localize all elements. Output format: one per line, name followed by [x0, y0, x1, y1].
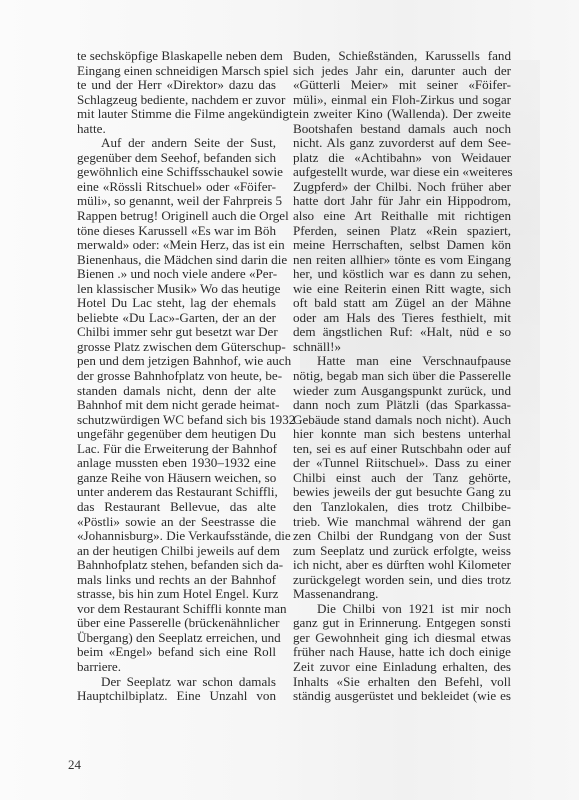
text-line: nicht. Als ganz zuvorderst auf dem See-: [293, 136, 511, 151]
text-line: Zugpferd» der Chilbi. Noch früher aber: [293, 180, 511, 195]
text-line: wie eine Reiterin einen Ritt wagte, sich: [293, 282, 511, 297]
text-line: über eine Passerelle (brückenähnlicher: [77, 616, 276, 631]
text-line: ger Gewohnheit ging ich diesmal etwas: [293, 631, 511, 646]
text-line: sich jedes Jahr ein, darunter auch der: [293, 64, 511, 79]
text-line: früher nach Hause, hatte ich doch einige: [293, 645, 511, 660]
text-line: merwald» oder: «Mein Herz, das ist ein: [77, 238, 276, 253]
text-line: Schlagzeug bediente, nachdem er zuvor: [77, 93, 276, 108]
text-line: her, und köstlich war es dann zu sehen,: [293, 267, 511, 282]
text-line: barriere.: [77, 660, 276, 675]
text-line: also eine Art Reithalle mit richtigen: [293, 209, 511, 224]
text-line: «Pöstli» sowie an der Seestrasse die: [77, 515, 276, 530]
text-line: Rappen betrug! Originell auch die Orgel: [77, 209, 276, 224]
text-line: dem ängstlichen Ruf: «Halt, nüd e so: [293, 325, 511, 340]
text-line: standen damals nicht, denn der alte: [77, 384, 276, 399]
text-line: zen Chilbi der Rundgang von der Sust: [293, 529, 511, 544]
text-line: dann noch zum Plätzli (das Sparkassa-: [293, 398, 511, 413]
text-line: mals links und rechts an der Bahnhof: [77, 573, 276, 588]
text-line: Hauptchilbiplatz. Eine Unzahl von: [77, 689, 276, 704]
text-line: te und der Herr «Direktor» dazu das: [77, 78, 276, 93]
text-line: hier konnte man sich bestens unterhal: [293, 427, 511, 442]
left-text-column: te sechsköpfige Blaskapelle neben demEin…: [77, 49, 276, 704]
text-line: schutzwürdigen WC befand sich bis 1932: [77, 413, 276, 428]
text-line: te sechsköpfige Blaskapelle neben dem: [77, 49, 276, 64]
text-line: ganze Reihe von Häusern weichen, so: [77, 471, 276, 486]
text-line: der «Tunnel Riitschuel». Dass zu einer: [293, 456, 511, 471]
text-line: gegenüber dem Seehof, befanden sich: [77, 151, 276, 166]
text-line: beim «Engel» befand sich eine Roll: [77, 645, 276, 660]
text-line: ganz gut in Erinnerung. Entgegen sonsti: [293, 616, 511, 631]
text-line: Chilbi einst auch der Tanz gehörte,: [293, 471, 511, 486]
text-line: töne dieses Karussell «Es war im Böh: [77, 224, 276, 239]
text-line: unter anderem das Restaurant Schiffli,: [77, 485, 276, 500]
text-line: oft bald statt am Zügel an der Mähne: [293, 296, 511, 311]
text-line: anlage mussten eben 1930–1932 eine: [77, 456, 276, 471]
text-line: Pferden, seinen Platz «Rein spaziert,: [293, 224, 511, 239]
text-line: ein zweiter Kino (Wallenda). Der zweite: [293, 107, 511, 122]
text-line: mit lauter Stimme die Filme angekündigt: [77, 107, 276, 122]
text-line: Buden, Schießständen, Karussells fand: [293, 49, 511, 64]
text-line: Hatte man eine Verschnaufpause: [293, 354, 511, 369]
text-line: strasse, bis hin zum Hotel Engel. Kurz: [77, 587, 276, 602]
text-line: pen und dem jetzigen Bahnhof, wie auch: [77, 354, 276, 369]
text-line: Hotel Du Lac steht, lag der ehemals: [77, 296, 276, 311]
right-text-column: Buden, Schießständen, Karussells fandsic…: [293, 49, 511, 704]
text-line: müli», so genannt, weil der Fahrpreis 5: [77, 194, 276, 209]
text-line: vor dem Restaurant Schiffli konnte man: [77, 602, 276, 617]
text-line: wieder zum Ausgangspunkt zurück, und: [293, 384, 511, 399]
text-line: ungefähr gegenüber dem heutigen Du: [77, 427, 276, 442]
text-line: «Johannisburg». Die Verkaufsstände, die: [77, 529, 276, 544]
text-line: Massenandrang.: [293, 587, 511, 602]
text-line: platz die «Achtibahn» von Weidauer: [293, 151, 511, 166]
text-line: oder am Hals des Tieres festhielt, mit: [293, 311, 511, 326]
text-line: schnäll!»: [293, 340, 511, 355]
book-page: te sechsköpfige Blaskapelle neben demEin…: [0, 0, 579, 800]
text-line: nen reiten allhier» tönte es vom Eingang: [293, 253, 511, 268]
text-line: Bienenhaus, die Mädchen sind darin die: [77, 253, 276, 268]
text-line: trieb. Wie manchmal während der gan: [293, 515, 511, 530]
text-line: ich nicht, aber es dürften wohl Kilomete…: [293, 558, 511, 573]
text-line: hatte.: [77, 122, 276, 137]
text-line: Eingang einen schneidigen Marsch spiel: [77, 64, 276, 79]
text-line: «Gütterli Meier» mit seiner «Föifer-: [293, 78, 511, 93]
text-line: gewöhnlich eine Schiffsschaukel sowie: [77, 165, 276, 180]
text-line: Lac. Für die Erweiterung der Bahnhof: [77, 442, 276, 457]
text-line: len klassischer Musik» Wo das heutige: [77, 282, 276, 297]
text-line: zum Seeplatz und zurück erfolgte, weiss: [293, 544, 511, 559]
text-line: müli», einmal ein Floh-Zirkus und sogar: [293, 93, 511, 108]
text-line: beliebte «Du Lac»-Garten, der an der: [77, 311, 276, 326]
text-line: ten, sei es auf einer Rutschbahn oder au…: [293, 442, 511, 457]
text-line: der grosse Bahnhofplatz von heute, be-: [77, 369, 276, 384]
page-number: 24: [68, 757, 81, 773]
text-line: Bienen .» und noch viele andere «Per-: [77, 267, 276, 282]
text-line: grosse Platz zwischen dem Güterschup-: [77, 340, 276, 355]
text-line: aufgestellt wurde, war diese ein «weiter…: [293, 165, 511, 180]
text-line: bewies jeweils der gut besuchte Gang zu: [293, 485, 511, 500]
text-line: Der Seeplatz war schon damals: [77, 675, 276, 690]
text-line: ständig ausgerüstet und bekleidet (wie e…: [293, 689, 511, 704]
text-line: Gebäude stand damals noch nicht). Auch: [293, 413, 511, 428]
text-line: meine Herrschaften, selbst Damen kön: [293, 238, 511, 253]
text-line: hatte dort Jahr für Jahr ein Hippodrom,: [293, 194, 511, 209]
text-line: Chilbi immer sehr gut besetzt war Der: [77, 325, 276, 340]
text-line: Übergang) den Seeplatz erreichen, und: [77, 631, 276, 646]
text-line: Inhalts «Sie erhalten den Befehl, voll: [293, 675, 511, 690]
text-line: Bootshafen bestand damals auch noch: [293, 122, 511, 137]
text-line: zurückgelegt worden sein, und dies trotz: [293, 573, 511, 588]
text-line: Bahnhof mit dem nicht gerade heimat-: [77, 398, 276, 413]
text-line: das Restaurant Bellevue, das alte: [77, 500, 276, 515]
text-line: eine «Rössli Ritschuel» oder «Föifer-: [77, 180, 276, 195]
text-line: Auf der andern Seite der Sust,: [77, 136, 276, 151]
text-line: den Tanzlokalen, dies trotz Chilbibe-: [293, 500, 511, 515]
text-line: Zeit zuvor eine Einladung erhalten, des: [293, 660, 511, 675]
text-line: Bahnhofplatz stehen, befanden sich da-: [77, 558, 276, 573]
text-line: Die Chilbi von 1921 ist mir noch: [293, 602, 511, 617]
text-line: an der heutigen Chilbi jeweils auf dem: [77, 544, 276, 559]
text-line: nötig, begab man sich über die Passerell…: [293, 369, 511, 384]
